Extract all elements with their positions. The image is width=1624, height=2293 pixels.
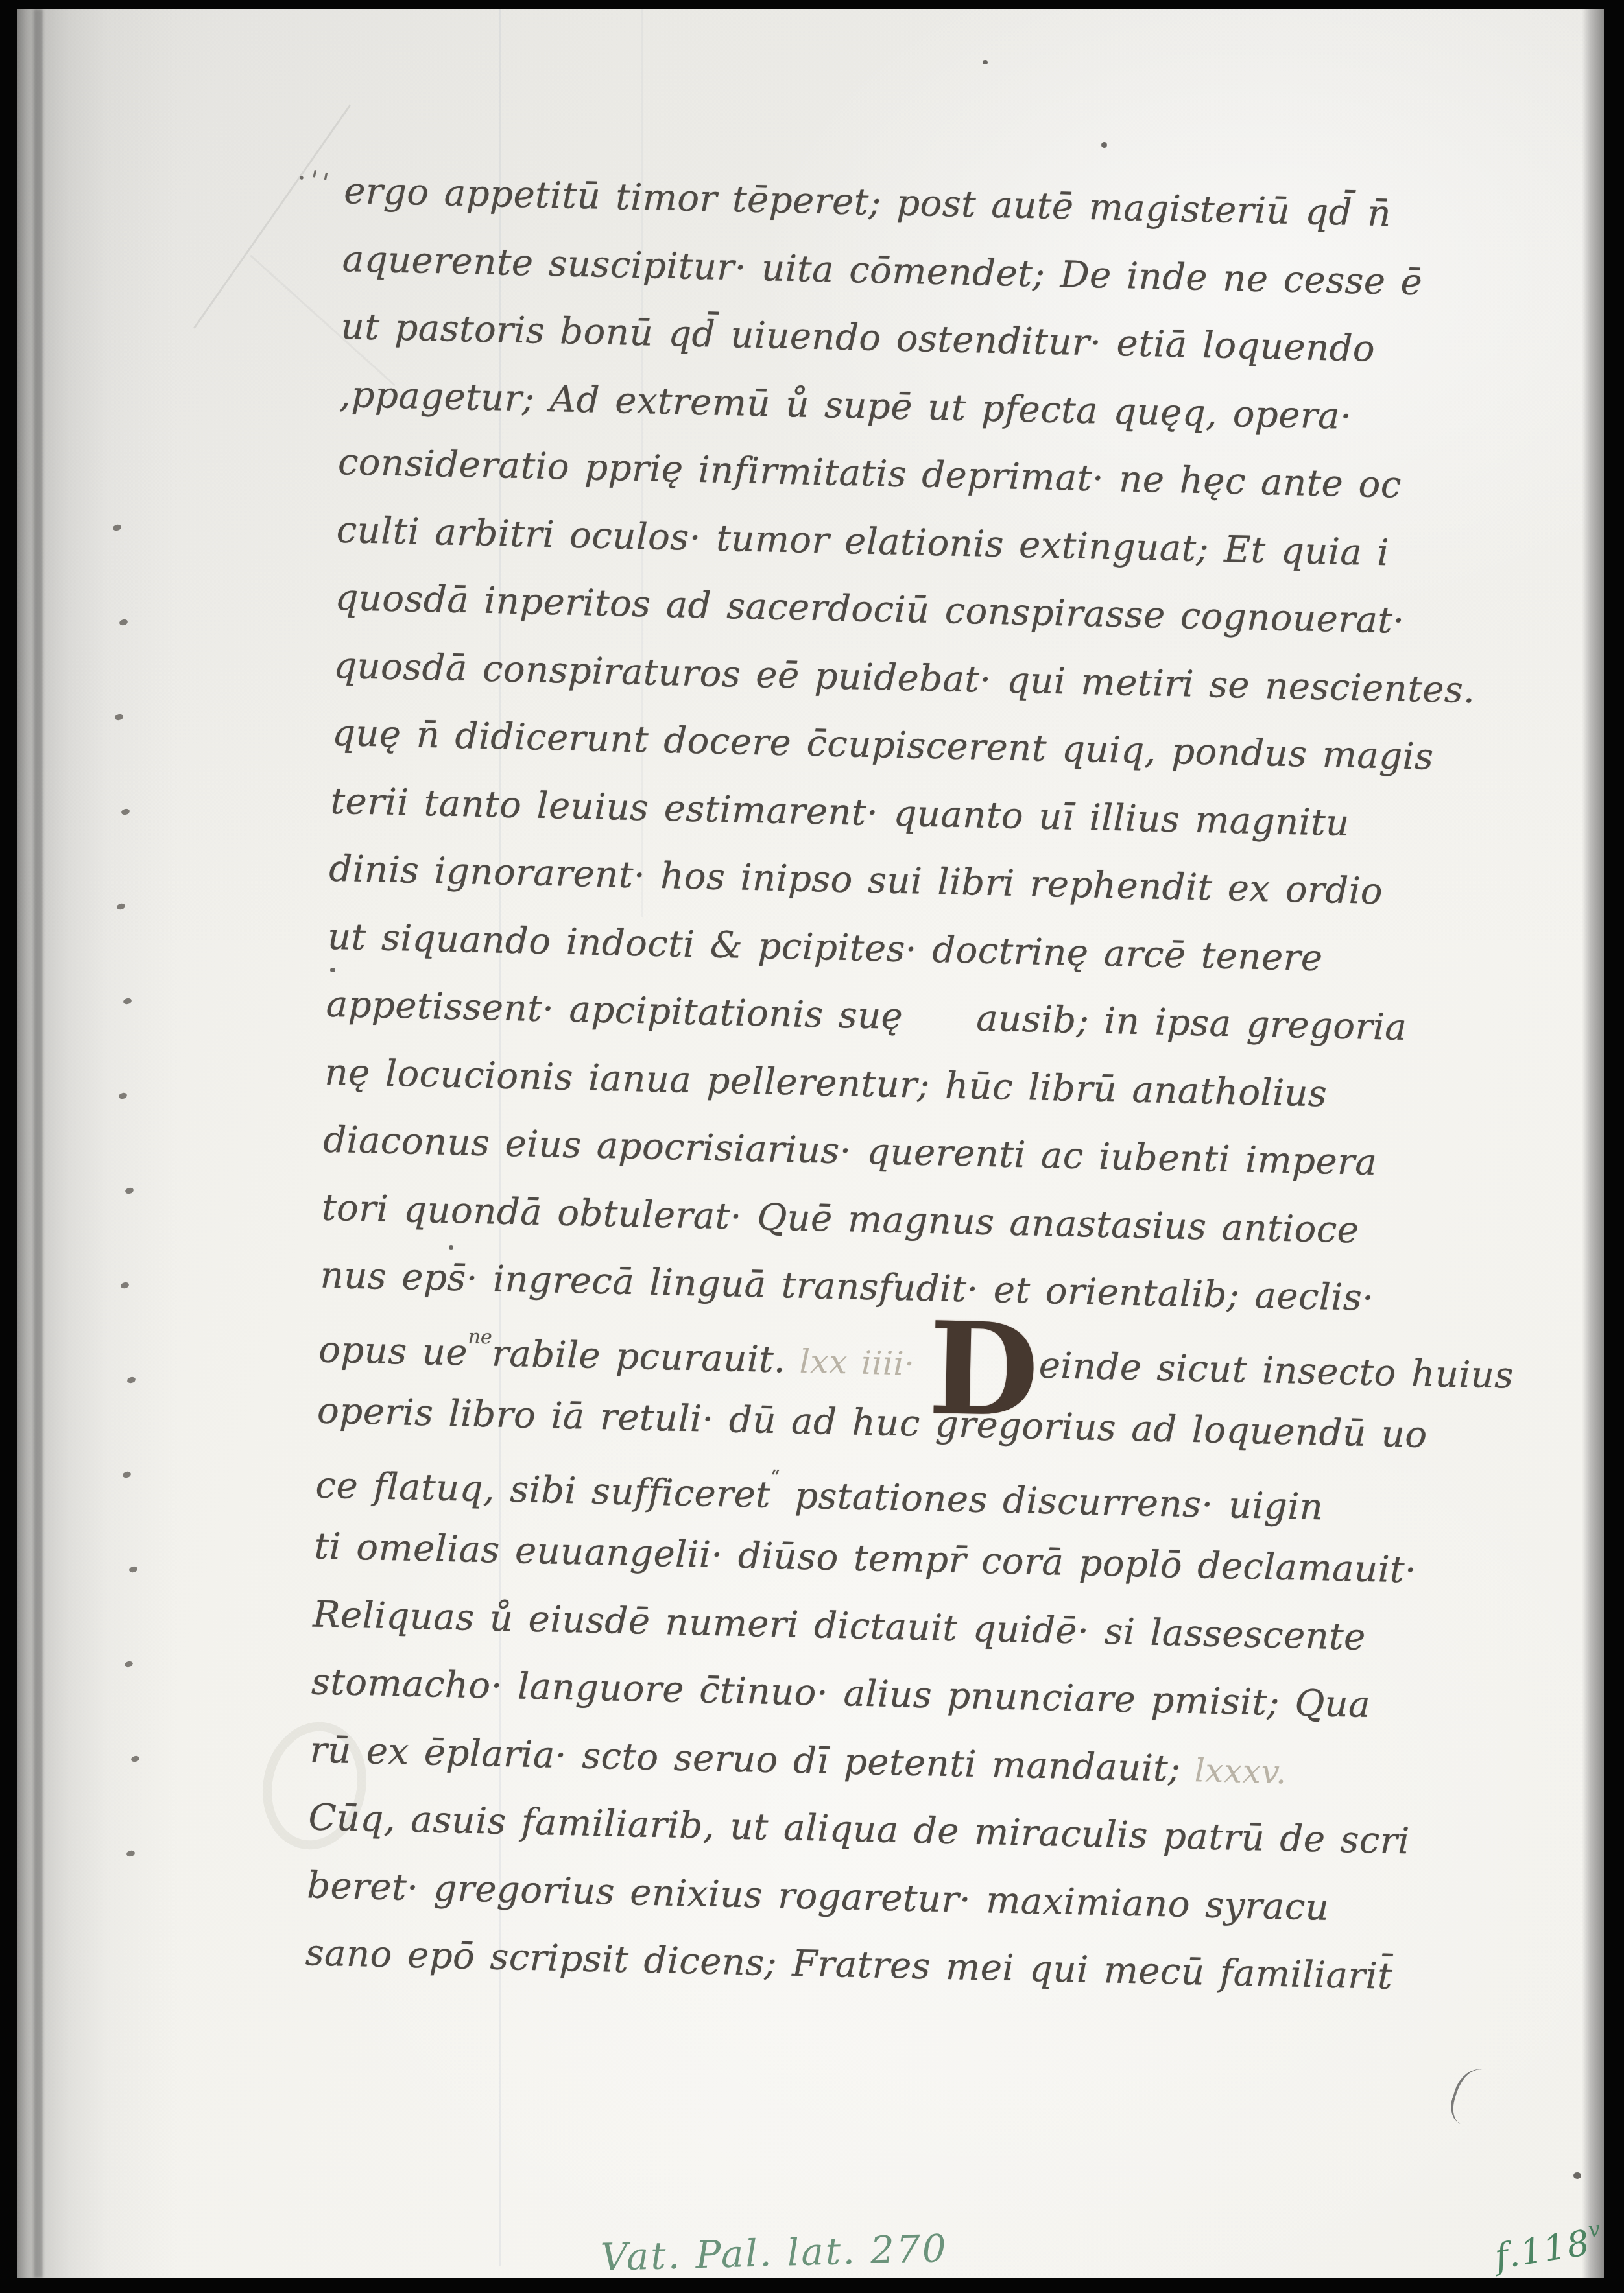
manuscript-text: ce flatuq, sibi sufficeret: [315, 1464, 771, 1516]
binding-gutter-line: [34, 9, 43, 2278]
dirt-speck: [1573, 2172, 1581, 2179]
dirt-speck: [983, 60, 988, 64]
interlinear-addition: ʺ: [770, 1467, 780, 1490]
interlinear-addition: ne: [468, 1325, 492, 1349]
text-block: ergo appetitū timor tēperet; post autē m…: [304, 170, 1579, 2026]
manuscript-text: opus ue: [318, 1328, 468, 1374]
parchment-page: ·'' ergo appetitū timor tēperet; post au…: [17, 9, 1604, 2278]
page-right-edge-shadow: [1582, 9, 1604, 2278]
fiber-artifact: [1446, 2063, 1503, 2131]
manuscript-text: pstationes discurrens· uigin: [779, 1474, 1324, 1528]
chapter-numeral: lxxxv.: [1180, 1751, 1287, 1791]
shelfmark-annotation: Vat. Pal. lat. 270: [600, 2226, 948, 2278]
manuscript-text: rabile pcurauit.: [491, 1332, 786, 1381]
manuscript-text: einde sicut insecto huius: [1038, 1344, 1514, 1397]
chapter-numeral: lxx iiii·: [785, 1342, 929, 1383]
dirt-speck: [1101, 142, 1107, 148]
folio-number: f.118: [1492, 2222, 1594, 2277]
manuscript-text: ergo appetitū timor tēperet; post autē m…: [344, 170, 1392, 235]
parchment-crease: [193, 104, 351, 329]
marginal-mark: ·'': [294, 162, 335, 200]
scanned-manuscript-photo: { "page": { "shelfmark": "Vat. Pal. lat.…: [0, 0, 1624, 2293]
